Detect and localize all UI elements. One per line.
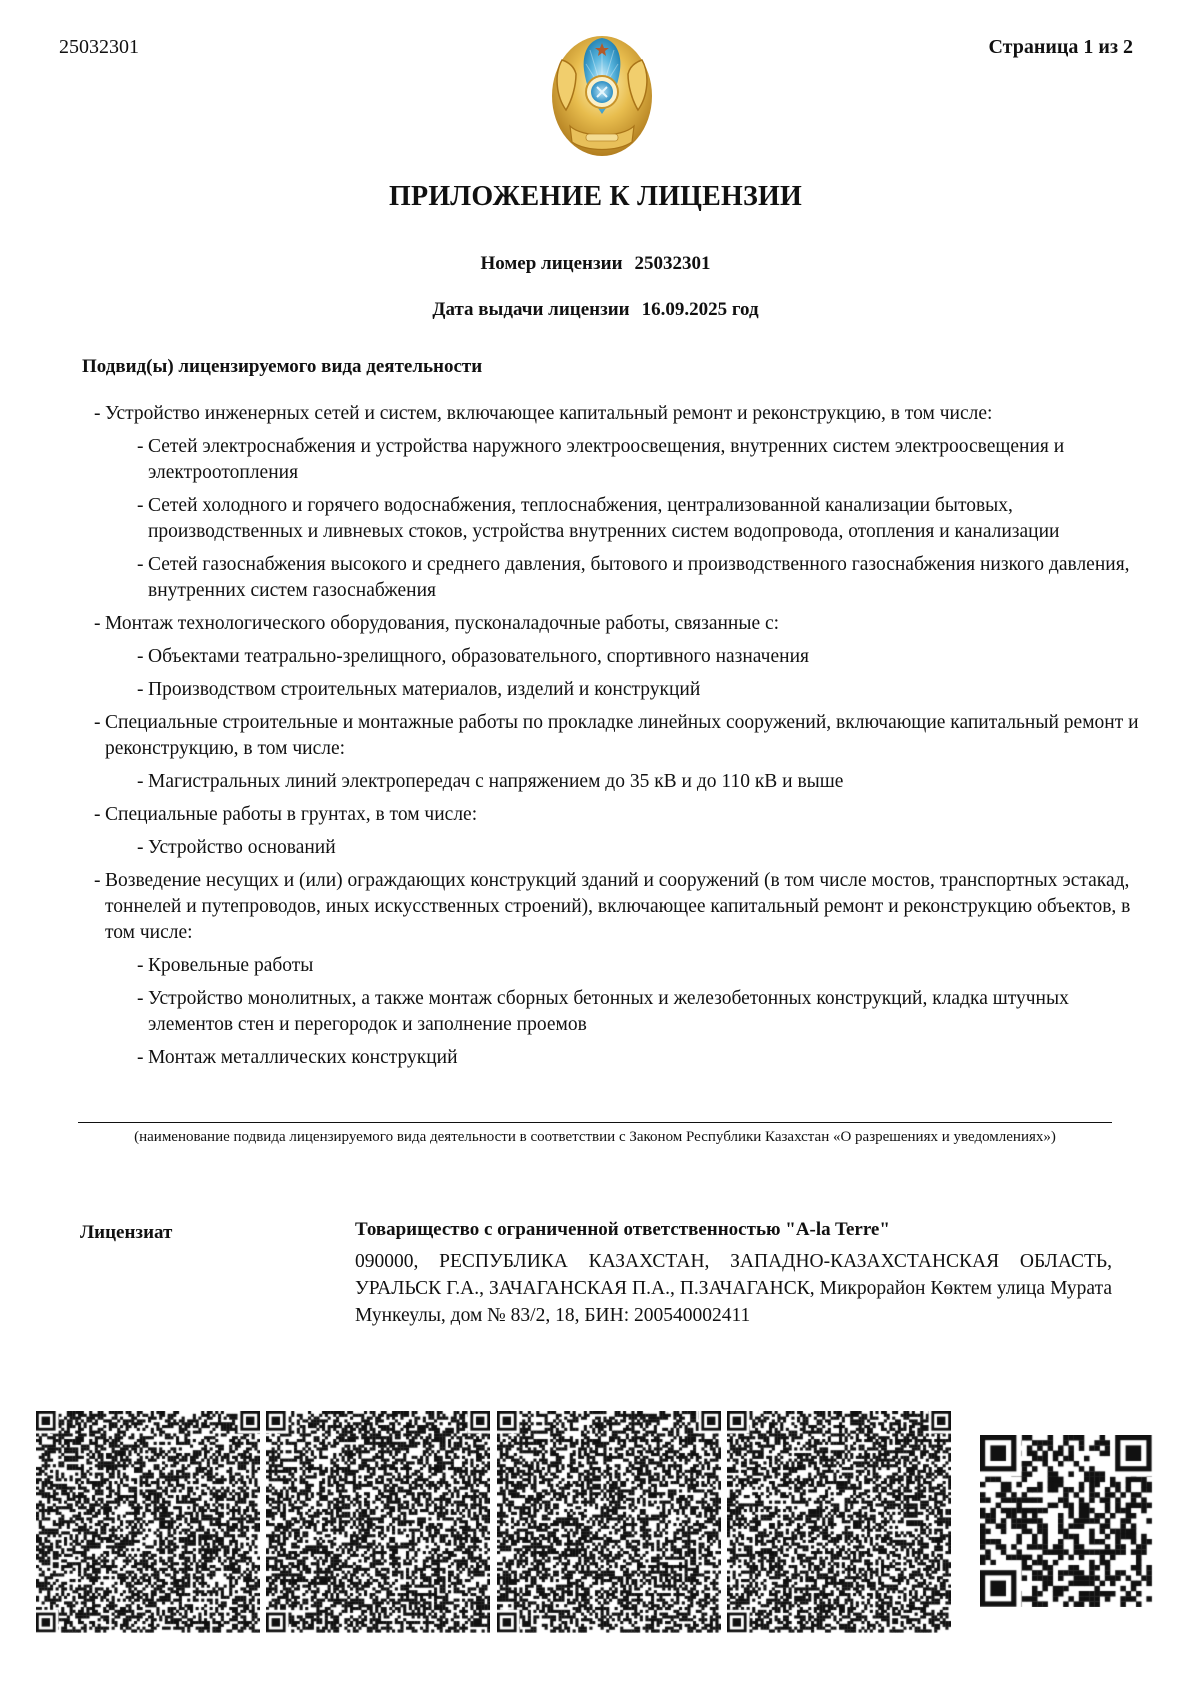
- activity-item: -Специальные работы в грунтах, в том чис…: [94, 802, 1144, 828]
- activity-text: Сетей электроснабжения и устройства нару…: [148, 436, 1064, 483]
- bullet-dash: -: [137, 434, 144, 460]
- license-date-label: Дата выдачи лицензии: [432, 299, 629, 320]
- bullet-dash: -: [94, 802, 101, 828]
- activity-text: Устройство монолитных, а также монтаж сб…: [148, 988, 1069, 1035]
- activity-item: -Специальные строительные и монтажные ра…: [94, 710, 1144, 762]
- activity-subitem: -Устройство монолитных, а также монтаж с…: [94, 986, 1144, 1038]
- activity-subitem: -Кровельные работы: [94, 953, 1144, 979]
- activity-text: Магистральных линий электропередач с нап…: [148, 771, 843, 792]
- activity-subitem: -Магистральных линий электропередач с на…: [94, 769, 1144, 795]
- licensee-address: 090000, РЕСПУБЛИКА КАЗАХСТАН, ЗАПАДНО-КА…: [355, 1248, 1112, 1329]
- activity-text: Устройство оснований: [148, 837, 336, 858]
- bullet-dash: -: [137, 953, 144, 979]
- state-emblem-icon: [548, 30, 656, 160]
- activity-subitem: -Монтаж металлических конструкций: [94, 1045, 1144, 1071]
- page-indicator: Страница 1 из 2: [988, 36, 1133, 59]
- activity-item: -Возведение несущих и (или) ограждающих …: [94, 868, 1144, 946]
- bullet-dash: -: [94, 710, 101, 736]
- qr-code-1: [36, 1411, 260, 1633]
- qr-code-verification-graphic: [980, 1435, 1153, 1607]
- activity-text: Монтаж технологического оборудования, пу…: [105, 613, 779, 634]
- qr-code-verification: [980, 1435, 1153, 1607]
- activity-subitem: -Производством строительных материалов, …: [94, 677, 1144, 703]
- activity-text: Сетей холодного и горячего водоснабжения…: [148, 495, 1059, 542]
- bullet-dash: -: [137, 1045, 144, 1071]
- activity-subitem: -Сетей газоснабжения высокого и среднего…: [94, 552, 1144, 604]
- activity-text: Монтаж металлических конструкций: [148, 1047, 458, 1068]
- document-number-header: 25032301: [59, 36, 139, 59]
- bullet-dash: -: [94, 401, 101, 427]
- bullet-dash: -: [137, 493, 144, 519]
- qr-code-4: [727, 1411, 951, 1633]
- activity-text: Производством строительных материалов, и…: [148, 679, 700, 700]
- activity-item: -Монтаж технологического оборудования, п…: [94, 611, 1144, 637]
- license-number-row: Номер лицензии25032301: [0, 253, 1191, 275]
- bullet-dash: -: [94, 868, 101, 894]
- bullet-dash: -: [137, 677, 144, 703]
- bullet-dash: -: [137, 769, 144, 795]
- emblem-graphic: [548, 30, 656, 160]
- activity-text: Сетей газоснабжения высокого и среднего …: [148, 554, 1130, 601]
- document-title: ПРИЛОЖЕНИЕ К ЛИЦЕНЗИИ: [0, 181, 1191, 213]
- activity-item: -Устройство инженерных сетей и систем, в…: [94, 401, 1144, 427]
- license-date-row: Дата выдачи лицензии16.09.2025 год: [0, 299, 1191, 321]
- activity-text: Объектами театрально-зрелищного, образов…: [148, 646, 809, 667]
- activity-subitem: -Объектами театрально-зрелищного, образо…: [94, 644, 1144, 670]
- activity-text: Специальные работы в грунтах, в том числ…: [105, 804, 477, 825]
- licensee-name: Товарищество с ограниченной ответственно…: [355, 1219, 890, 1241]
- bullet-dash: -: [137, 986, 144, 1012]
- license-number-label: Номер лицензии: [480, 253, 622, 274]
- activity-list: -Устройство инженерных сетей и систем, в…: [94, 401, 1144, 1078]
- activity-subitem: -Устройство оснований: [94, 835, 1144, 861]
- footnote-caption: (наименование подвида лицензируемого вид…: [78, 1127, 1112, 1147]
- qr-code-2-graphic: [266, 1411, 490, 1633]
- activity-section-heading: Подвид(ы) лицензируемого вида деятельнос…: [82, 356, 482, 378]
- qr-code-2: [266, 1411, 490, 1633]
- license-number-value: 25032301: [635, 253, 711, 274]
- licensee-label: Лицензиат: [80, 1222, 172, 1244]
- activity-text: Специальные строительные и монтажные раб…: [105, 712, 1139, 759]
- qr-code-4-graphic: [727, 1411, 951, 1633]
- activity-text: Устройство инженерных сетей и систем, вк…: [105, 403, 992, 424]
- activity-text: Кровельные работы: [148, 955, 313, 976]
- activity-text: Возведение несущих и (или) ограждающих к…: [105, 870, 1130, 943]
- bullet-dash: -: [137, 552, 144, 578]
- license-date-value: 16.09.2025 год: [642, 299, 759, 320]
- qr-code-3-graphic: [497, 1411, 721, 1633]
- bullet-dash: -: [94, 611, 101, 637]
- activity-subitem: -Сетей электроснабжения и устройства нар…: [94, 434, 1144, 486]
- bullet-dash: -: [137, 835, 144, 861]
- qr-code-1-graphic: [36, 1411, 260, 1633]
- bullet-dash: -: [137, 644, 144, 670]
- footnote-divider: [78, 1122, 1112, 1123]
- qr-code-3: [497, 1411, 721, 1633]
- activity-subitem: -Сетей холодного и горячего водоснабжени…: [94, 493, 1144, 545]
